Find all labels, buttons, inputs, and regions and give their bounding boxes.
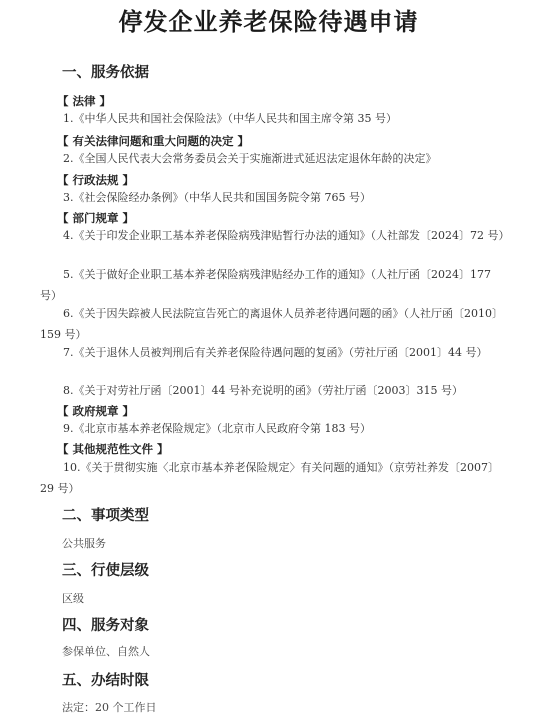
section-heading-time-limit: 五、办结时限 (62, 671, 149, 691)
section-heading-matter-type: 二、事项类型 (62, 506, 149, 526)
basis-item-7: 7.《关于退休人员被判刑后有关养老保险待遇问题的复函》（劳社厅函〔2001〕44… (40, 342, 510, 363)
section-heading-service-object: 四、服务对象 (62, 616, 149, 636)
page-title: 停发企业养老保险待遇申请 (0, 4, 537, 40)
basis-item-9: 9.《北京市基本养老保险规定》（北京市人民政府令第 183 号） (40, 418, 510, 439)
service-object-value: 参保单位、自然人 (62, 643, 150, 661)
basis-item-10: 10.《关于贯彻实施〈北京市基本养老保险规定〉有关问题的通知》（京劳社养发〔20… (40, 457, 510, 499)
section-heading-exercise-level: 三、行使层级 (62, 561, 149, 581)
basis-item-6: 6.《关于因失踪被人民法院宣告死亡的离退休人员养老待遇问题的函》（人社厅函〔20… (40, 303, 510, 345)
basis-item-2: 2.《全国人民代表大会常务委员会关于实施渐进式延迟法定退休年龄的决定》 (40, 148, 510, 169)
basis-item-1: 1.《中华人民共和国社会保险法》（中华人民共和国主席令第 35 号） (40, 108, 510, 129)
basis-item-4: 4.《关于印发企业职工基本养老保险病残津贴暂行办法的通知》（人社部发〔2024〕… (40, 225, 510, 246)
basis-item-5: 5.《关于做好企业职工基本养老保险病残津贴经办工作的通知》（人社厅函〔2024〕… (40, 264, 510, 306)
document-page: 停发企业养老保险待遇申请 一、服务依据 【 法律 】 1.《中华人民共和国社会保… (0, 0, 537, 726)
section-heading-basis: 一、服务依据 (62, 63, 149, 83)
matter-type-value: 公共服务 (62, 535, 106, 553)
basis-item-8: 8.《关于对劳社厅函〔2001〕44 号补充说明的函》（劳社厅函〔2003〕31… (40, 380, 510, 401)
time-limit-value: 法定：20 个工作日 (62, 699, 157, 717)
category-other-docs: 【 其他规范性文件 】 (57, 440, 169, 458)
exercise-level-value: 区级 (62, 590, 84, 608)
basis-item-3: 3.《社会保险经办条例》（中华人民共和国国务院令第 765 号） (40, 187, 510, 208)
